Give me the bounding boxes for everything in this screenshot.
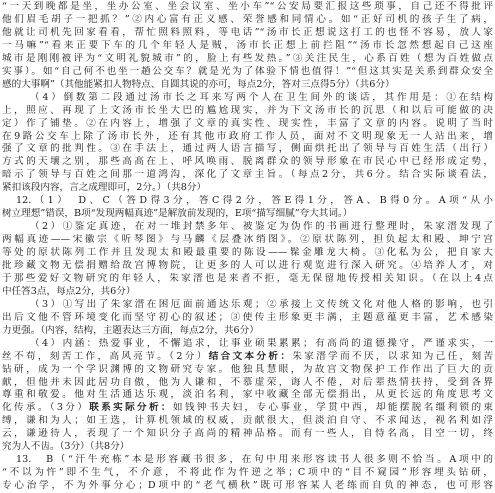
line-text: （2）①鉴定真迹，在对一堆封禁多年、被鉴定为伪作的书画进行整理时，朱家溍发现了	[30, 221, 493, 232]
answer-key-page: “一天到晚都是坐，坐办公室、坐会议室、坐小车”“公安局要汇报这些琐事，自己还不得…	[0, 0, 495, 493]
text-line: （3）①写出了朱家溍在困厄面前通达乐观；②承接上文传统文化对他人格的影响，也引	[2, 299, 493, 312]
line-text: 出后文他不管环境变化而坚守初心的叙述；③使传主形象更丰满，主题意蕴更丰富，艺术感…	[2, 312, 493, 323]
text-line: 实事）。如“自己何不也坐一趟公交车？就是光为了体验下情也值得！”“但这其实是关系…	[2, 66, 493, 79]
line-text: 中任答3点，每点2分，共6分）	[2, 286, 135, 297]
text-line: 云，谦逊待人，表现了一个知识分子高尚的精神品格。而有一些人，自恃名高，目空一切，…	[2, 428, 493, 441]
line-text: 献，但他并未因此居功自傲，他为人谦和，不慕虚荣，诲人不倦，对后辈热情扶持，受到各…	[2, 377, 493, 388]
section-heading: 联系实际分析：	[89, 402, 173, 413]
line-text: 在9路公交车上除了汤市长外，还有其他市政府工作人员，面对不文明现象无一人站出来，…	[2, 131, 493, 142]
text-line: 感的大事啊”（其他能紧扣人物特点、自圆其说的亦可，每点2分，答对三点得5分）（共…	[2, 79, 493, 92]
line-text: 究为人不齿。（3分）（共8分）	[2, 441, 129, 452]
line-text: “一天到晚都是坐，坐办公室、坐会议室、坐小车”“公安局要汇报这些琐事，自己还不得…	[2, 1, 493, 12]
text-line: 两幅真迹——宋徽宗《听琴图》与马麟《层叠冰绡图》。②原状陈列，担负起太和殿、坤宁…	[2, 234, 493, 247]
line-text: 12.（1） D、C（答D得3分，答C得2分，答E得1分，答A、B得0分。A项“…	[16, 195, 493, 206]
line-text: 云，谦逊待人，表现了一个知识分子高尚的精神品格。而有一些人，自恃名高，目空一切，…	[2, 428, 493, 439]
line-text: 上，照应、再现了上文汤市长坐大巴的尴尬现实，并为下文汤市长的沉思（和以后可能做的…	[2, 105, 493, 116]
line-text: 他们眉毛胡子一把抓？”②内心富有正义感、荣誉感和同情心。如“正好司机的孩子生了病…	[2, 14, 493, 25]
text-line: （4）倒数第二段通过汤市长之耳来写两个人在卫生间外的谈话，其作用是：①在结构	[2, 92, 493, 105]
text-line: （4）内涵：热爱事业，不懈追求，让事业硕果累累；有高尚的道德操守，严谨求实，一	[2, 338, 493, 351]
line-text: 尊重和敬爱。他对生活通达乐观，淡泊名利，家中收藏全部无偿捐出，从更长远的角度思考…	[2, 389, 493, 400]
text-line: 等处的原状陈列工作并且发现太和殿最重要的陈设——髹金雕龙大椅。③化私为公，把自家…	[2, 247, 493, 260]
text-line: 紧扣该段内容，言之成理即可，2分。）（共8分）	[2, 182, 493, 195]
line-text: 缚，谦和为人；如王选，计算机领域的权威，贡献很大，但淡泊自守、不求闻达，视名利如…	[2, 415, 493, 426]
text-line: 树立理想”错误，B项“发现两幅真迹”是解放前发现的，E项“描写细腻”夸大其词。）	[2, 208, 493, 221]
text-line: “不以为忤”即不生气，不介意，不将此作为忤逆之举；C项中的“目不窥园”形容埋头钻…	[2, 467, 493, 480]
text-line: 出后文他不管环境变化而坚守初心的叙述；③使传主形象更丰满，主题意蕴更丰富，艺术感…	[2, 312, 493, 325]
line-text: 两幅真迹——宋徽宗《听琴图》与马麟《层叠冰绡图》。②原状陈列，担负起太和殿、坤宁…	[2, 234, 493, 245]
line-text: “不以为忤”即不生气，不介意，不将此作为忤逆之举；C项中的“目不窥园”形容埋头钻…	[2, 467, 493, 478]
line-text: 定）作了铺垫。②在内容上，增强了文章的真实性、现实性，丰富了文章的内容。说明了当…	[2, 118, 493, 129]
line-text: 等处的原状陈列工作并且发现太和殿最重要的陈设——髹金雕龙大椅。③化私为公，把自家…	[2, 247, 493, 258]
line-text: 丝不苟，刻苦工作，高风亮节。（2分）	[2, 351, 209, 362]
text-line: 在9路公交车上除了汤市长外，还有其他市政府工作人员，面对不文明现象无一人站出来，…	[2, 131, 493, 144]
text-line: 献，但他并未因此居功自傲，他为人谦和，不慕虚荣，诲人不倦，对后辈热情扶持，受到各…	[2, 377, 493, 390]
text-line: 批珍藏文物无偿捐赠给故宫博物院，让更多的人可以进行观览进行深入研究。④培养人才，…	[2, 260, 493, 273]
line-text: 紧扣该段内容，言之成理即可，2分。）（共8分）	[2, 182, 206, 193]
text-line: 方式的天壤之别，那些高高在上、呼风唤雨、脱离群众的领导形象在市民心中已经形成定势…	[2, 156, 493, 169]
line-text: 城市是刚刚被评为“文明礼貌城市”的，脸上有些发热。”③关注民生，心系百姓（想为百…	[2, 53, 493, 64]
text-line: 化传承。（3分）联系实际分析：如钱钟书夫妇，专心事业，学贯中西，却能摆脱名缰利锁…	[2, 402, 493, 415]
line-text: （3）①写出了朱家溍在困厄面前通达乐观；②承接上文传统文化对他人格的影响，也引	[30, 299, 493, 310]
line-text: 批珍藏文物无偿捐赠给故宫博物院，让更多的人可以进行观览进行深入研究。④培养人才，…	[2, 260, 493, 271]
text-line: 12.（1） D、C（答D得3分，答C得2分，答E得1分，答A、B得0分。A项“…	[2, 195, 493, 208]
line-text: 强了文章的批判性。③在手法上，通过两人语言描写，侧面烘托出了领导与百姓生活（出行…	[2, 143, 493, 154]
line-text: 朱家溍学而不厌，以求知为己任，刻苦	[292, 351, 493, 362]
line-text: （4）倒数第二段通过汤市长之耳来写两个人在卫生间外的谈话，其作用是：①在结构	[30, 92, 493, 103]
text-line: （2）①鉴定真迹，在对一堆封禁多年、被鉴定为伪作的书画进行整理时，朱家溍发现了	[2, 221, 493, 234]
text-line: 究为人不齿。（3分）（共8分）	[2, 441, 493, 454]
section-heading: 结合文本分析：	[209, 351, 293, 362]
text-line: 尊重和敬爱。他对生活通达乐观，淡泊名利，家中收藏全部无偿捐出，从更长远的角度思考…	[2, 389, 493, 402]
text-line: 暗示了领导与百姓之间那一道鸿沟，深化了文章主旨。（每点2分，共6分。结合实际谈看…	[2, 169, 493, 182]
text-line: 他们眉毛胡子一把抓？”②内心富有正义感、荣誉感和同情心。如“正好司机的孩子生了病…	[2, 14, 493, 27]
line-text: 实事）。如“自己何不也坐一趟公交车？就是光为了体验下情也值得！”“但这其实是关系…	[2, 66, 493, 77]
line-text: 他就让司机先回家看看，帮忙照料照料，等电话”“汤市长正想说这打工的也怪不容易，放…	[2, 27, 493, 38]
line-text: 力更强。（内容，结构，主题表达三方面，每点2分，共6分）	[2, 325, 259, 336]
text-line: 于那些爱好文物研究的年轻人，朱家溍也是来者不拒，毫无保留地传授相关知识。（在以上…	[2, 273, 493, 286]
text-line: 中任答3点，每点2分，共6分）	[2, 286, 493, 299]
text-line: 专心治学，不为外事分心；D项中的“老气横秋”既可形容某人老练而自负的神态，也可形…	[2, 480, 493, 493]
text-line: 定）作了铺垫。②在内容上，增强了文章的真实性、现实性，丰富了文章的内容。说明了当…	[2, 118, 493, 131]
text-line: 强了文章的批判性。③在手法上，通过两人语言描写，侧面烘托出了领导与百姓生活（出行…	[2, 143, 493, 156]
text-line: “一天到晚都是坐，坐办公室、坐会议室、坐小车”“公安局要汇报这些琐事，自己还不得…	[2, 1, 493, 14]
line-text: 于那些爱好文物研究的年轻人，朱家溍也是来者不拒，毫无保留地传授相关知识。（在以上…	[2, 273, 493, 284]
line-text: 专心治学，不为外事分心；D项中的“老气横秋”既可形容某人老练而自负的神态，也可形…	[2, 480, 493, 491]
line-text: 方式的天壤之别，那些高高在上、呼风唤雨、脱离群众的领导形象在市民心中已经形成定势…	[2, 156, 493, 167]
line-text: 感的大事啊”（其他能紧扣人物特点、自圆其说的亦可，每点2分，答对三点得5分）（共…	[2, 79, 395, 90]
line-text: 暗示了领导与百姓之间那一道鸿沟，深化了文章主旨。（每点2分，共6分。结合实际谈看…	[2, 169, 493, 180]
line-text: 化传承。（3分）	[2, 402, 89, 413]
text-line: 上，照应、再现了上文汤市长坐大巴的尴尬现实，并为下文汤市长的沉思（和以后可能做的…	[2, 105, 493, 118]
text-line: 一马嘛”“看来正要下车的几个年轻人是贼，汤市长正想上前拦阻”“汤市长忽然想起自己…	[2, 40, 493, 53]
line-text: 一马嘛”“看来正要下车的几个年轻人是贼，汤市长正想上前拦阻”“汤市长忽然想起自己…	[2, 40, 493, 51]
text-line: 缚，谦和为人；如王选，计算机领域的权威，贡献很大，但淡泊自守、不求闻达，视名利如…	[2, 415, 493, 428]
text-line: 钻研，成为一个学识渊博的文物研究专家。他独具慧眼，为故宫文物保护工作作出了巨大的…	[2, 364, 493, 377]
text-line: 力更强。（内容，结构，主题表达三方面，每点2分，共6分）	[2, 325, 493, 338]
line-text: 树立理想”错误，B项“发现两幅真迹”是解放前发现的，E项“描写细腻”夸大其词。）	[2, 208, 352, 219]
text-line: 城市是刚刚被评为“文明礼貌城市”的，脸上有些发热。”③关注民生，心系百姓（想为百…	[2, 53, 493, 66]
text-line: 他就让司机先回家看看，帮忙照料照料，等电话”“汤市长正想说这打工的也怪不容易，放…	[2, 27, 493, 40]
line-text: （4）内涵：热爱事业，不懈追求，让事业硕果累累；有高尚的道德操守，严谨求实，一	[30, 338, 493, 349]
line-text: 13. B（“汗牛充栋”本是形容藏书很多，在句中用来形容读书人很多则不恰当。A项…	[16, 454, 493, 465]
line-text: 如钱钟书夫妇，专心事业，学贯中西，却能摆脱名缰利锁的束	[173, 402, 493, 413]
text-line: 13. B（“汗牛充栋”本是形容藏书很多，在句中用来形容读书人很多则不恰当。A项…	[2, 454, 493, 467]
text-line: 丝不苟，刻苦工作，高风亮节。（2分）结合文本分析：朱家溍学而不厌，以求知为己任，…	[2, 351, 493, 364]
line-text: 钻研，成为一个学识渊博的文物研究专家。他独具慧眼，为故宫文物保护工作作出了巨大的…	[2, 364, 493, 375]
